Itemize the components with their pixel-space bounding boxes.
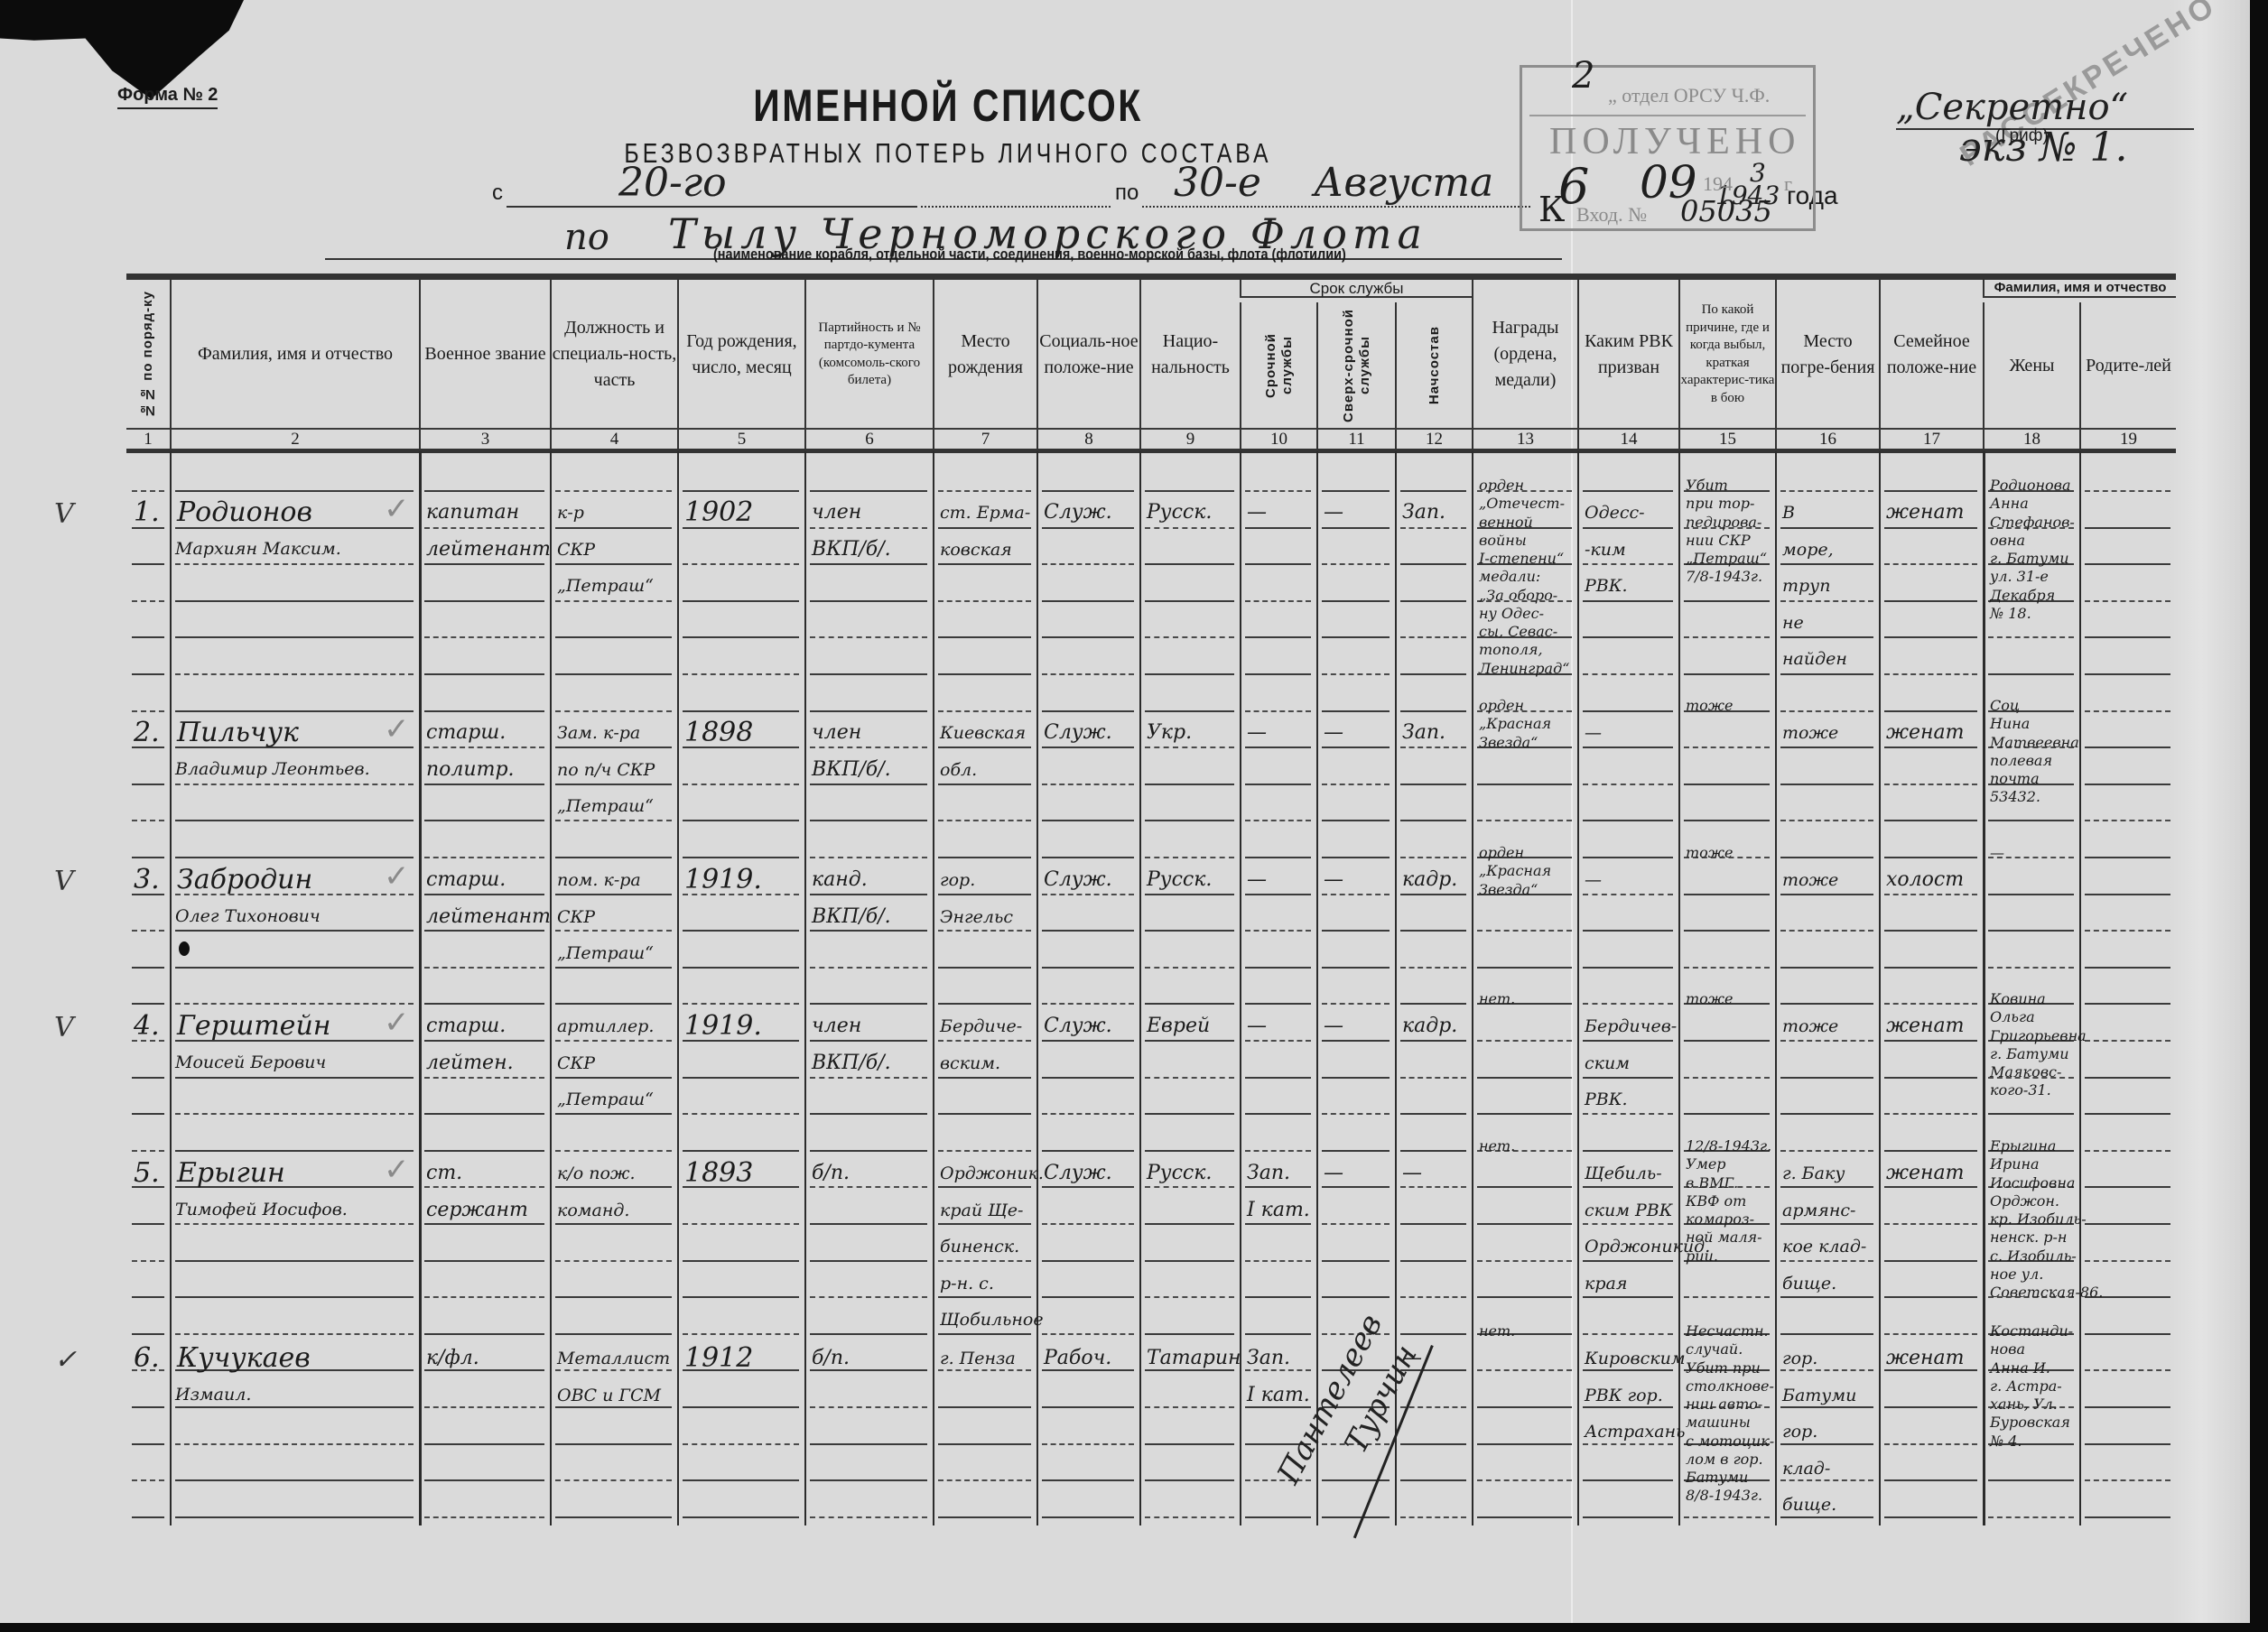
cell-regular: — xyxy=(1247,1008,1267,1045)
column-divider xyxy=(1983,451,1985,1525)
ruled-line xyxy=(1400,1113,1466,1115)
column-header-label: Семейное положе-ние xyxy=(1881,329,1983,381)
ruled-line xyxy=(132,1443,164,1445)
column-header-14: Каким РВК призван xyxy=(1577,280,1678,429)
ruled-line xyxy=(1780,784,1873,785)
ruled-line xyxy=(175,673,414,675)
cell-extended: — xyxy=(1324,1155,1343,1192)
ruled-line xyxy=(1884,1406,1977,1408)
ruled-line xyxy=(1988,1479,2074,1481)
ruled-line xyxy=(2085,1406,2170,1408)
ruled-line xyxy=(2085,710,2170,712)
cell-nationality: Русск. xyxy=(1147,1155,1212,1192)
cell-officer: Зап. xyxy=(1402,495,1445,532)
ruled-line xyxy=(1780,1113,1873,1115)
column-number: 2 xyxy=(170,430,419,451)
ruled-line xyxy=(1684,1296,1770,1298)
column-header-8: Социаль-ное положе-ние xyxy=(1036,280,1139,429)
ruled-line xyxy=(1583,1333,1673,1335)
ruled-line xyxy=(1884,1260,1977,1262)
ruled-line xyxy=(1477,1516,1572,1518)
ruled-line xyxy=(1988,930,2074,932)
column-divider xyxy=(550,451,552,1525)
ruled-line xyxy=(555,857,672,858)
ruled-line xyxy=(424,1333,544,1335)
ruled-line xyxy=(938,1113,1031,1115)
ruled-line xyxy=(424,710,544,712)
ruled-line xyxy=(424,1406,544,1408)
ruled-line xyxy=(1245,600,1311,602)
ruled-line xyxy=(1780,1150,1873,1152)
ruled-line xyxy=(1400,1516,1466,1518)
column-divider xyxy=(1472,451,1473,1525)
ruled-line xyxy=(1583,1479,1673,1481)
cell-awards: нет. xyxy=(1479,1137,1515,1155)
ruled-line xyxy=(2085,1113,2170,1115)
column-header-18: Жены xyxy=(1983,302,2079,429)
cell-birthplace: г. Пенза xyxy=(940,1340,1016,1377)
ruled-line xyxy=(1988,1516,2074,1518)
ruled-line xyxy=(1145,1406,1234,1408)
column-header-label: Нацио-нальность xyxy=(1141,329,1240,381)
cell-party: член ВКП/б/. xyxy=(812,715,891,788)
cell-regular: Зап. I кат. xyxy=(1247,1155,1310,1229)
ruled-line xyxy=(2085,1223,2170,1225)
ruled-line xyxy=(1583,1003,1673,1005)
ink-blot xyxy=(179,941,190,956)
ruled-line xyxy=(555,1150,672,1152)
stamp-sheet-number: 2 xyxy=(1572,55,1594,97)
ruled-line xyxy=(1583,636,1673,638)
ruled-line xyxy=(1684,673,1770,675)
ruled-line xyxy=(1042,600,1134,602)
ruled-line xyxy=(555,1260,672,1262)
column-divider xyxy=(1036,451,1038,1525)
ruled-line xyxy=(810,636,927,638)
cell-party: б/п. xyxy=(812,1340,850,1377)
cell-wife: Костанди- нова Анна И. г. Астра- хань, У… xyxy=(1990,1322,2073,1451)
cell-rank: старш. политр. xyxy=(426,715,515,788)
ruled-line xyxy=(1477,1296,1572,1298)
ruled-line xyxy=(1042,1077,1134,1079)
ruled-line xyxy=(132,1113,164,1115)
check-mark-icon: ✓ xyxy=(384,491,410,527)
ruled-line xyxy=(175,600,414,602)
unit-prefix: по xyxy=(564,217,609,258)
column-number: 15 xyxy=(1678,430,1775,451)
ruled-line xyxy=(1322,1003,1390,1005)
ruled-line xyxy=(938,857,1031,858)
column-header-label: Место погре-бения xyxy=(1777,329,1879,381)
stamp-incoming-number: 05035 xyxy=(1680,194,1772,228)
ruled-line xyxy=(683,710,799,712)
column-header-2: Фамилия, имя и отчество xyxy=(170,280,419,429)
ruled-line xyxy=(1884,490,1977,492)
unit-caption: (наименование корабля, отдельной части, … xyxy=(713,246,1346,264)
column-header-4: Должность и специаль-ность, часть xyxy=(550,280,677,429)
ruled-line xyxy=(683,967,799,969)
cell-regular: Зап. I кат. xyxy=(1247,1340,1310,1414)
ruled-line xyxy=(1145,563,1234,565)
ruled-line xyxy=(683,600,799,602)
ruled-line xyxy=(1042,636,1134,638)
ruled-line xyxy=(1884,1003,1977,1005)
ruled-line xyxy=(1684,1516,1770,1518)
cell-party: член ВКП/б/. xyxy=(812,1008,891,1081)
column-number: 4 xyxy=(550,430,677,451)
cell-burial: В море, труп не найден xyxy=(1782,495,1847,678)
ruled-line xyxy=(555,1479,672,1481)
ruled-line xyxy=(1322,600,1390,602)
ruled-line xyxy=(1245,563,1311,565)
ruled-line xyxy=(1477,1260,1572,1262)
ruled-line xyxy=(1884,1333,1977,1335)
cell-surname: Ерыгин xyxy=(177,1155,285,1192)
ruled-line xyxy=(1322,820,1390,821)
ruled-line xyxy=(938,710,1031,712)
ruled-line xyxy=(1145,1260,1234,1262)
ruled-line xyxy=(1042,1333,1134,1335)
ruled-line xyxy=(1322,710,1390,712)
ruled-line xyxy=(2085,1150,2170,1152)
ruled-line xyxy=(1400,1223,1466,1225)
cell-rvk: Бердичев- ским РВК. xyxy=(1585,1008,1677,1118)
cell-cause: Убит при тор- педирова- нии СКР „Петраш“… xyxy=(1686,477,1767,587)
cell-regular: — xyxy=(1247,715,1267,752)
ruled-line xyxy=(175,857,414,858)
cell-num: 6. xyxy=(134,1340,160,1377)
column-header-label: Военное звание xyxy=(424,341,545,367)
ruled-line xyxy=(555,1296,672,1298)
ruled-line xyxy=(1684,930,1770,932)
ruled-line xyxy=(1145,857,1234,858)
ruled-line xyxy=(1145,710,1234,712)
ruled-line xyxy=(2085,527,2170,529)
cell-num: 2. xyxy=(134,715,160,752)
ruled-line xyxy=(1477,820,1572,821)
cell-social: Служ. xyxy=(1044,1155,1112,1192)
ruled-line xyxy=(424,490,544,492)
ruled-line xyxy=(1400,1296,1466,1298)
ruled-line xyxy=(1042,820,1134,821)
ruled-line xyxy=(1684,636,1770,638)
ruled-line xyxy=(1145,1003,1234,1005)
cell-nationality: Русск. xyxy=(1147,862,1212,899)
ruled-line xyxy=(1583,820,1673,821)
ruled-line xyxy=(1145,1150,1234,1152)
group-header-next-of-kin: Фамилия, имя и отчество xyxy=(1983,280,2176,298)
cell-cause: тоже xyxy=(1686,844,1733,862)
ruled-line xyxy=(1780,1003,1873,1005)
ruled-line xyxy=(175,967,414,969)
ruled-line xyxy=(132,1296,164,1298)
ruled-line xyxy=(1245,673,1311,675)
column-divider xyxy=(804,451,806,1525)
ruled-line xyxy=(683,1077,799,1079)
ruled-line xyxy=(1400,1077,1466,1079)
ruled-line xyxy=(1145,636,1234,638)
column-number: 19 xyxy=(2079,430,2176,451)
column-number: 18 xyxy=(1983,430,2079,451)
ruled-line xyxy=(132,1150,164,1152)
period-to-label: по xyxy=(1115,181,1139,206)
column-number: 5 xyxy=(677,430,804,451)
ruled-line xyxy=(810,1406,927,1408)
column-header-7: Место рождения xyxy=(933,280,1036,429)
cell-officer: Зап. xyxy=(1402,715,1445,752)
ruled-line xyxy=(810,857,927,858)
ruled-line xyxy=(1780,710,1873,712)
ruled-line xyxy=(1884,930,1977,932)
ruled-line xyxy=(424,1443,544,1445)
cell-num: 5. xyxy=(134,1155,160,1192)
ruled-line xyxy=(1322,1296,1390,1298)
ruled-line xyxy=(1400,490,1466,492)
ruled-line xyxy=(1477,1443,1572,1445)
ruled-line xyxy=(1042,673,1134,675)
ruled-line xyxy=(424,1516,544,1518)
cell-given-name: Моисей Берович xyxy=(175,1044,326,1081)
cell-wife: Соц Нина Матвеевна полевая почта 53432. xyxy=(1990,697,2077,807)
ruled-line xyxy=(132,673,164,675)
cell-rvk: Щебиль- ским РВК Орджоникид. края xyxy=(1585,1155,1677,1302)
ruled-line xyxy=(1245,1113,1311,1115)
column-header-label: Каким РВК призван xyxy=(1579,329,1678,381)
ruled-line xyxy=(1245,490,1311,492)
column-number: 16 xyxy=(1775,430,1879,451)
ruled-line xyxy=(810,1479,927,1481)
cell-nationality: Татарин xyxy=(1147,1340,1238,1377)
ruled-line xyxy=(1145,1223,1234,1225)
ruled-line xyxy=(132,1003,164,1005)
ruled-line xyxy=(683,636,799,638)
ruled-line xyxy=(1322,1113,1390,1115)
stamp-year-suffix: 3 xyxy=(1750,158,1766,188)
ruled-line xyxy=(1884,1113,1977,1115)
paper-edge xyxy=(2169,0,2250,1623)
ruled-line xyxy=(1042,1443,1134,1445)
ruled-line xyxy=(175,1516,414,1518)
ruled-line xyxy=(1884,1077,1977,1079)
cell-surname: Забродин xyxy=(177,862,312,899)
ruled-line xyxy=(1042,1003,1134,1005)
ruled-line xyxy=(2085,1077,2170,1079)
ruled-line xyxy=(132,563,164,565)
ruled-line xyxy=(1684,600,1770,602)
ruled-line xyxy=(1145,930,1234,932)
ruled-line xyxy=(1684,820,1770,821)
ruled-line xyxy=(1400,710,1466,712)
ruled-line xyxy=(1322,784,1390,785)
cell-burial: гор. Батуми гор. клад- бище. xyxy=(1782,1340,1856,1524)
ruled-line xyxy=(683,1443,799,1445)
cell-party: канд. ВКП/б/. xyxy=(812,862,891,935)
ruled-line xyxy=(2085,1003,2170,1005)
column-header-label: Должность и специаль-ность, часть xyxy=(552,315,677,394)
column-header-label: Год рождения, число, месяц xyxy=(679,329,804,381)
ruled-line xyxy=(683,490,799,492)
ruled-line xyxy=(1583,857,1673,858)
ruled-line xyxy=(1245,1516,1311,1518)
cell-position: к/о пож. команд. xyxy=(557,1155,636,1229)
column-header-13: Награды (ордена, медали) xyxy=(1472,280,1577,429)
ruled-line xyxy=(1884,600,1977,602)
column-number: 11 xyxy=(1316,430,1395,451)
ruled-line xyxy=(132,967,164,969)
ruled-line xyxy=(175,490,414,492)
ruled-line xyxy=(555,490,672,492)
ruled-line xyxy=(132,600,164,602)
ruled-line xyxy=(1780,490,1873,492)
stamp-divider xyxy=(1529,115,1806,116)
ruled-line xyxy=(683,1223,799,1225)
cell-burial: тоже xyxy=(1782,862,1838,899)
cell-family: женат xyxy=(1886,1340,1965,1377)
ruled-line xyxy=(1583,784,1673,785)
classification: „Секретно“ xyxy=(1896,87,2194,130)
ruled-line xyxy=(1245,967,1311,969)
column-header-9: Нацио-нальность xyxy=(1139,280,1240,429)
check-mark-icon: ✓ xyxy=(384,858,410,895)
column-header-5: Год рождения, число, месяц xyxy=(677,280,804,429)
ruled-line xyxy=(1042,1296,1134,1298)
ruled-line xyxy=(175,1479,414,1481)
ruled-line xyxy=(1245,1260,1311,1262)
ruled-line xyxy=(1400,1443,1466,1445)
ruled-line xyxy=(1884,636,1977,638)
ruled-line xyxy=(1988,820,2074,821)
ruled-line xyxy=(1322,636,1390,638)
ruled-line xyxy=(1477,1223,1572,1225)
ruled-line xyxy=(1042,1223,1134,1225)
ruled-line xyxy=(424,1296,544,1298)
cell-burial: тоже xyxy=(1782,1008,1838,1045)
column-number: 8 xyxy=(1036,430,1139,451)
cell-social: Служ. xyxy=(1044,862,1112,899)
ruled-line xyxy=(1145,967,1234,969)
cell-given-name: Мархиян Максим. xyxy=(175,531,341,568)
ruled-line xyxy=(175,1296,414,1298)
cell-awards: орден „Красная Звезда“ xyxy=(1479,844,1551,899)
ruled-line xyxy=(1988,673,2074,675)
ruled-line xyxy=(132,1333,164,1335)
ruled-line xyxy=(1477,1040,1572,1042)
ruled-line xyxy=(1884,1479,1977,1481)
period-to-line xyxy=(1142,206,1530,208)
column-header-16: Место погре-бения xyxy=(1775,280,1879,429)
cell-officer: кадр. xyxy=(1402,862,1457,899)
ruled-line xyxy=(2085,967,2170,969)
column-header-label: Социаль-ное положе-ние xyxy=(1038,329,1139,381)
column-divider xyxy=(170,451,172,1525)
ruled-line xyxy=(132,1077,164,1079)
column-divider xyxy=(933,451,934,1525)
ruled-line xyxy=(2085,1369,2170,1371)
ruled-line xyxy=(810,967,927,969)
ruled-line xyxy=(1145,1113,1234,1115)
ruled-line xyxy=(555,1003,672,1005)
cell-officer: — xyxy=(1402,1155,1422,1192)
column-header-label: Награды (ордена, медали) xyxy=(1473,315,1577,394)
ruled-line xyxy=(175,710,414,712)
ruled-line xyxy=(938,1479,1031,1481)
ruled-line xyxy=(938,490,1031,492)
cell-cause: 12/8-1943г. Умер в ВМГ. КВФ от комароз- … xyxy=(1686,1137,1771,1266)
ruled-line xyxy=(1988,636,2074,638)
cell-birthplace: гор. Энгельс xyxy=(940,862,1013,935)
ruled-line xyxy=(1245,1150,1311,1152)
column-number: 10 xyxy=(1240,430,1316,451)
period-dotted-line xyxy=(921,206,1111,208)
cell-position: пом. к-ра СКР „Петраш“ xyxy=(557,862,654,972)
ruled-line xyxy=(2085,1443,2170,1445)
ruled-line xyxy=(424,820,544,821)
column-divider xyxy=(419,451,422,1525)
ruled-line xyxy=(1145,1333,1234,1335)
ruled-line xyxy=(1884,784,1977,785)
ruled-line xyxy=(2085,930,2170,932)
cell-born: 1919. xyxy=(684,862,762,899)
column-number: 1 xyxy=(126,430,170,451)
cell-rank: капитан лейтенант xyxy=(426,495,548,568)
column-divider xyxy=(2079,451,2081,1525)
column-number: 12 xyxy=(1395,430,1472,451)
ruled-line xyxy=(1400,1150,1466,1152)
column-number: 13 xyxy=(1472,430,1577,451)
ruled-line xyxy=(1780,857,1873,858)
ruled-line xyxy=(1583,710,1673,712)
column-header-15: По какой причине, где и когда выбыл, кра… xyxy=(1678,280,1775,429)
ruled-line xyxy=(424,857,544,858)
ruled-line xyxy=(1245,1003,1311,1005)
period-to-value: 30-е xyxy=(1174,160,1261,206)
ruled-line xyxy=(1884,820,1977,821)
ruled-line xyxy=(1245,710,1311,712)
ruled-line xyxy=(1884,1223,1977,1225)
ruled-line xyxy=(555,1516,672,1518)
ruled-line xyxy=(1684,894,1770,895)
ruled-line xyxy=(1400,1003,1466,1005)
ruled-line xyxy=(2085,784,2170,785)
ruled-line xyxy=(938,636,1031,638)
period-from-label: с xyxy=(492,181,503,206)
ruled-line xyxy=(1477,1369,1572,1371)
cell-extended: — xyxy=(1324,1008,1343,1045)
ruled-line xyxy=(1583,967,1673,969)
cell-wife: Родионова Анна Стефанов- овна г. Батуми … xyxy=(1990,477,2075,623)
ruled-line xyxy=(2085,1040,2170,1042)
ruled-line xyxy=(1400,820,1466,821)
ruled-line xyxy=(1884,710,1977,712)
ruled-line xyxy=(175,1003,414,1005)
ruled-line xyxy=(1400,1406,1466,1408)
cell-born: 1898 xyxy=(684,715,753,752)
cell-regular: — xyxy=(1247,495,1267,532)
ruled-line xyxy=(938,1443,1031,1445)
cell-given-name: Олег Тихонович xyxy=(175,898,321,935)
ruled-line xyxy=(424,1260,544,1262)
stamp-department: „ отдел ОРСУ Ч.Ф. xyxy=(1608,84,1770,107)
ruled-line xyxy=(424,1113,544,1115)
stamp-year: 194 xyxy=(1703,172,1733,196)
ruled-line xyxy=(1477,930,1572,932)
column-header-label: Родите-лей xyxy=(2086,353,2171,379)
ruled-line xyxy=(132,1479,164,1481)
ruled-line xyxy=(1245,636,1311,638)
ruled-line xyxy=(1245,820,1311,821)
ruled-line xyxy=(175,1443,414,1445)
ruled-line xyxy=(683,1113,799,1115)
